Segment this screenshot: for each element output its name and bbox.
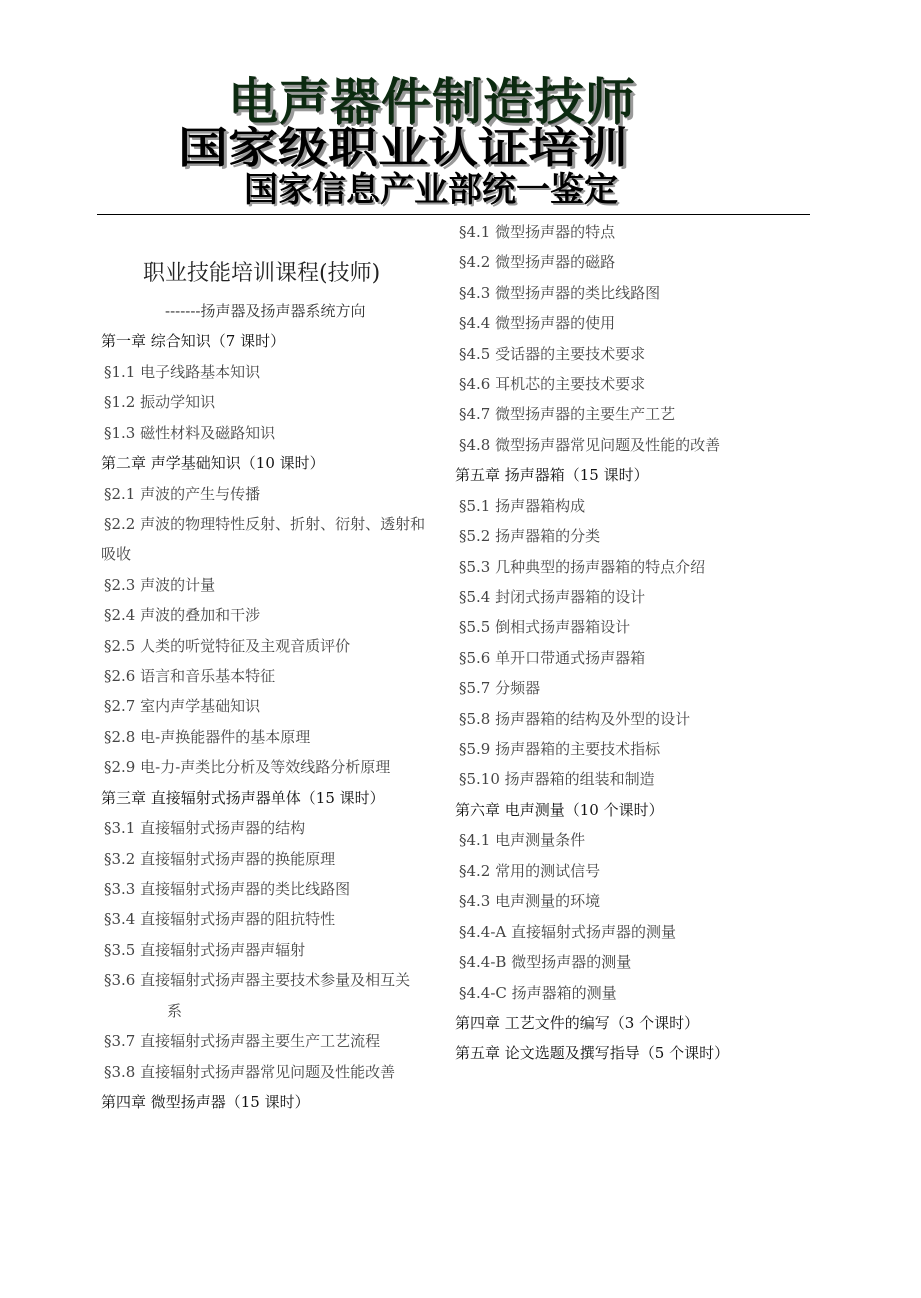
section-item: §4.6 耳机芯的主要技术要求 [459,374,645,394]
document-subtitle: -------扬声器及扬声器系统方向 [165,300,365,321]
section-item: §5.3 几种典型的扬声器箱的特点介绍 [459,557,705,577]
chapter-heading: 第四章 工艺文件的编写（3 个课时） [455,1013,699,1033]
section-item: §3.3 直接辐射式扬声器的类比线路图 [104,879,350,899]
section-item: §1.1 电子线路基本知识 [104,362,260,382]
section-item: §2.4 声波的叠加和干涉 [104,605,260,625]
section-item: §5.7 分频器 [459,678,540,698]
section-item: §5.4 封闭式扬声器箱的设计 [459,587,645,607]
section-item: §3.5 直接辐射式扬声器声辐射 [104,940,305,960]
section-item: §4.5 受话器的主要技术要求 [459,344,645,364]
section-item: §1.3 磁性材料及磁路知识 [104,423,275,443]
section-item: §4.7 微型扬声器的主要生产工艺 [459,404,675,424]
chapter-heading: 第五章 论文选题及撰写指导（5 个课时） [455,1043,729,1063]
section-item: §5.10 扬声器箱的组装和制造 [459,769,655,789]
chapter-heading: 第一章 综合知识（7 课时） [101,331,285,351]
chapter-heading: 第六章 电声测量（10 个课时） [455,800,664,820]
header-divider [97,214,810,215]
section-item: §4.8 微型扬声器常见问题及性能的改善 [459,435,720,455]
section-item: §2.5 人类的听觉特征及主观音质评价 [104,636,350,656]
section-item: §2.6 语言和音乐基本特征 [104,666,275,686]
section-item: §3.6 直接辐射式扬声器主要技术参量及相互关 [104,970,410,990]
section-item: §2.8 电-声换能器件的基本原理 [104,727,310,747]
banner-line-3: 国家信息产业部统一鉴定 [244,162,618,211]
section-item: §4.3 微型扬声器的类比线路图 [459,283,660,303]
section-item: §3.7 直接辐射式扬声器主要生产工艺流程 [104,1031,380,1051]
section-item: 系 [167,1001,182,1021]
section-item: 吸收 [101,544,131,564]
section-item: §3.8 直接辐射式扬声器常见问题及性能改善 [104,1062,395,1082]
chapter-heading: 第二章 声学基础知识（10 课时） [101,453,325,473]
section-item: §4.4-C 扬声器箱的测量 [459,983,617,1003]
section-item: §4.2 常用的测试信号 [459,861,600,881]
section-item: §4.3 电声测量的环境 [459,891,600,911]
section-item: §2.7 室内声学基础知识 [104,696,260,716]
chapter-heading: 第三章 直接辐射式扬声器单体（15 课时） [101,788,385,808]
section-item: §4.4-A 直接辐射式扬声器的测量 [459,922,676,942]
section-item: §4.1 微型扬声器的特点 [459,222,615,242]
section-item: §5.9 扬声器箱的主要技术指标 [459,739,660,759]
section-item: §4.2 微型扬声器的磁路 [459,252,615,272]
section-item: §5.2 扬声器箱的分类 [459,526,600,546]
section-item: §4.1 电声测量条件 [459,830,585,850]
section-item: §3.2 直接辐射式扬声器的换能原理 [104,849,335,869]
section-item: §5.5 倒相式扬声器箱设计 [459,617,630,637]
section-item: §2.1 声波的产生与传播 [104,484,260,504]
section-item: §1.2 振动学知识 [104,392,215,412]
section-item: §3.4 直接辐射式扬声器的阻抗特性 [104,909,335,929]
document-title: 职业技能培训课程(技师) [143,256,380,287]
section-item: §5.6 单开口带通式扬声器箱 [459,648,645,668]
section-item: §3.1 直接辐射式扬声器的结构 [104,818,305,838]
chapter-heading: 第五章 扬声器箱（15 课时） [455,465,649,485]
section-item: §5.1 扬声器箱构成 [459,496,585,516]
title-banner: 电声器件制造技师 国家级职业认证培训 国家信息产业部统一鉴定 [0,0,921,215]
section-item: §4.4 微型扬声器的使用 [459,313,615,333]
section-item: §4.4-B 微型扬声器的测量 [459,952,631,972]
section-item: §2.2 声波的物理特性反射、折射、衍射、透射和 [104,514,425,534]
section-item: §2.9 电-力-声类比分析及等效线路分析原理 [104,757,390,777]
chapter-heading: 第四章 微型扬声器（15 课时） [101,1092,310,1112]
section-item: §5.8 扬声器箱的结构及外型的设计 [459,709,690,729]
section-item: §2.3 声波的计量 [104,575,215,595]
